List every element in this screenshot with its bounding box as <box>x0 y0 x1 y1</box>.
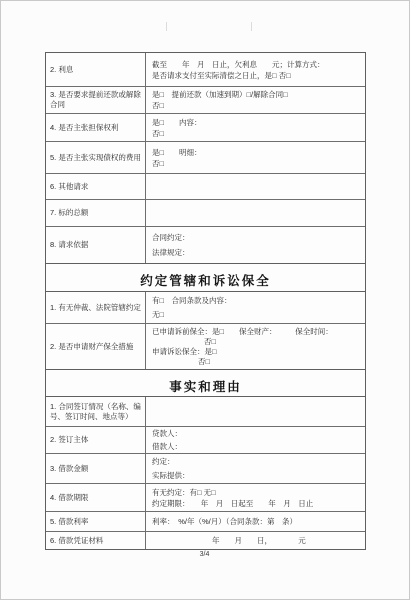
complaint-form-table: 2. 利息 截至 年 月 日止，欠利息 元；计算方式： 是否请求支付至实际清偿之… <box>45 52 366 550</box>
row-other-claims-label: 6. 其他请求 <box>46 174 146 199</box>
row-loan-amount-label: 3. 借款金额 <box>46 454 146 483</box>
row-jurisdiction-agreement: 1. 有无仲裁、法院管辖约定 有□ 合同条款及内容： 无□ <box>46 291 365 323</box>
row-realization-costs-line2: 否□ <box>152 158 359 169</box>
row-interest-rate: 5. 借款利率 利率： %/年（%/月）（合同条款：第 条） <box>46 511 365 531</box>
row-interest-label: 2. 利息 <box>46 53 146 86</box>
row-preservation: 2. 是否申请财产保全措施 已申请诉前保全：是□ 保全财产： 保全时间： 否□ … <box>46 323 365 369</box>
row-signing-parties-value: 贷款人： 借款人： <box>146 427 365 453</box>
row-preservation-line2: 否□ <box>204 337 359 347</box>
row-interest-value: 截至 年 月 日止，欠利息 元；计算方式： 是否请求支付至实际清偿之日止，是□ … <box>146 53 365 86</box>
row-jurisdiction-agreement-label: 1. 有无仲裁、法院管辖约定 <box>46 292 146 323</box>
row-claim-basis-line1: 合同约定： <box>152 232 359 243</box>
page-number: 3/4 <box>45 551 364 558</box>
row-loan-amount: 3. 借款金额 约定： 实际提供： <box>46 453 365 483</box>
row-loan-amount-value: 约定： 实际提供： <box>146 454 365 483</box>
row-early-repayment-value: 是□ 提前还款（加速到期）□/解除合同□ 否□ <box>146 87 365 113</box>
row-realization-costs-label: 5. 是否主张实现债权的费用 <box>46 142 146 173</box>
row-interest-line2: 是否请求支付至实际清偿之日止，是□ 否□ <box>152 70 359 81</box>
row-realization-costs-value: 是□ 明细： 否□ <box>146 142 365 173</box>
section-header-facts: 事实和理由 <box>46 369 365 396</box>
row-early-repayment: 3. 是否要求提前还款或解除合同 是□ 提前还款（加速到期）□/解除合同□ 否□ <box>46 86 365 113</box>
row-loan-vouchers-value: 年 月 日， 元 <box>146 532 365 549</box>
row-total-amount-value <box>146 200 365 226</box>
row-signing-parties-line1: 贷款人： <box>152 428 359 439</box>
row-interest-line1: 截至 年 月 日止，欠利息 元；计算方式： <box>152 59 359 70</box>
row-signing-parties-label: 2. 签订主体 <box>46 427 146 453</box>
row-security-rights-line2: 否□ <box>152 128 359 139</box>
row-interest-rate-line1: 利率： %/年（%/月）（合同条款：第 条） <box>152 516 359 527</box>
row-loan-amount-line2: 实际提供： <box>152 470 359 481</box>
row-contract-signing-value <box>146 397 365 426</box>
row-interest-rate-label: 5. 借款利率 <box>46 512 146 531</box>
row-loan-term-value: 有无约定：有□ 无□ 约定期限： 年 月 日起至 年 月 日止 <box>146 484 365 511</box>
row-signing-parties-line2: 借款人： <box>152 441 359 452</box>
scan-artifact-mark <box>166 22 167 31</box>
row-loan-vouchers-label: 6. 借款凭证材料 <box>46 532 146 549</box>
row-interest-rate-value: 利率： %/年（%/月）（合同条款：第 条） <box>146 512 365 531</box>
row-realization-costs-line1: 是□ 明细： <box>152 147 359 158</box>
row-signing-parties: 2. 签订主体 贷款人： 借款人： <box>46 426 365 453</box>
row-loan-vouchers: 6. 借款凭证材料 年 月 日， 元 <box>46 531 365 549</box>
row-claim-basis: 8. 请求依据 合同约定： 法律规定： <box>46 226 365 263</box>
row-preservation-label: 2. 是否申请财产保全措施 <box>46 324 146 369</box>
row-total-amount-label: 7. 标的总额 <box>46 200 146 226</box>
scan-artifact-mark <box>251 22 252 31</box>
row-total-amount: 7. 标的总额 <box>46 199 365 226</box>
row-loan-term-line2: 约定期限： 年 月 日起至 年 月 日止 <box>152 498 359 509</box>
row-other-claims: 6. 其他请求 <box>46 173 365 199</box>
row-claim-basis-line2: 法律规定： <box>152 247 359 258</box>
row-claim-basis-value: 合同约定： 法律规定： <box>146 227 365 263</box>
row-jurisdiction-agreement-value: 有□ 合同条款及内容： 无□ <box>146 292 365 323</box>
row-loan-vouchers-line1: 年 月 日， 元 <box>212 535 359 546</box>
row-preservation-line4: 否□ <box>198 357 359 367</box>
section-header-jurisdiction: 约定管辖和诉讼保全 <box>46 263 365 291</box>
row-early-repayment-line1: 是□ 提前还款（加速到期）□/解除合同□ <box>152 89 359 100</box>
row-realization-costs: 5. 是否主张实现债权的费用 是□ 明细： 否□ <box>46 141 365 173</box>
row-loan-term-line1: 有无约定：有□ 无□ <box>152 487 359 498</box>
row-jurisdiction-line1: 有□ 合同条款及内容： <box>152 295 359 306</box>
row-contract-signing-label: 1. 合同签订情况（名称、编号、签订时间、地点等） <box>46 397 146 426</box>
row-security-rights-line1: 是□ 内容： <box>152 117 359 128</box>
row-early-repayment-label: 3. 是否要求提前还款或解除合同 <box>46 87 146 113</box>
row-preservation-line1: 已申请诉前保全：是□ 保全财产： 保全时间： <box>152 327 359 337</box>
row-security-rights-value: 是□ 内容： 否□ <box>146 114 365 141</box>
row-jurisdiction-line2: 无□ <box>152 309 359 320</box>
row-interest: 2. 利息 截至 年 月 日止，欠利息 元；计算方式： 是否请求支付至实际清偿之… <box>46 53 365 86</box>
scanned-form-page: 2. 利息 截至 年 月 日止，欠利息 元；计算方式： 是否请求支付至实际清偿之… <box>0 0 410 600</box>
row-preservation-value: 已申请诉前保全：是□ 保全财产： 保全时间： 否□ 申请诉讼保全：是□ 否□ <box>146 324 365 369</box>
row-security-rights: 4. 是否主张担保权利 是□ 内容： 否□ <box>46 113 365 141</box>
row-loan-term-label: 4. 借款期限 <box>46 484 146 511</box>
row-claim-basis-label: 8. 请求依据 <box>46 227 146 263</box>
row-contract-signing: 1. 合同签订情况（名称、编号、签订时间、地点等） <box>46 396 365 426</box>
row-preservation-line3: 申请诉讼保全：是□ <box>152 347 359 357</box>
row-other-claims-value <box>146 174 365 199</box>
row-loan-term: 4. 借款期限 有无约定：有□ 无□ 约定期限： 年 月 日起至 年 月 日止 <box>46 483 365 511</box>
row-security-rights-label: 4. 是否主张担保权利 <box>46 114 146 141</box>
row-loan-amount-line1: 约定： <box>152 456 359 467</box>
row-early-repayment-line2: 否□ <box>152 100 359 111</box>
